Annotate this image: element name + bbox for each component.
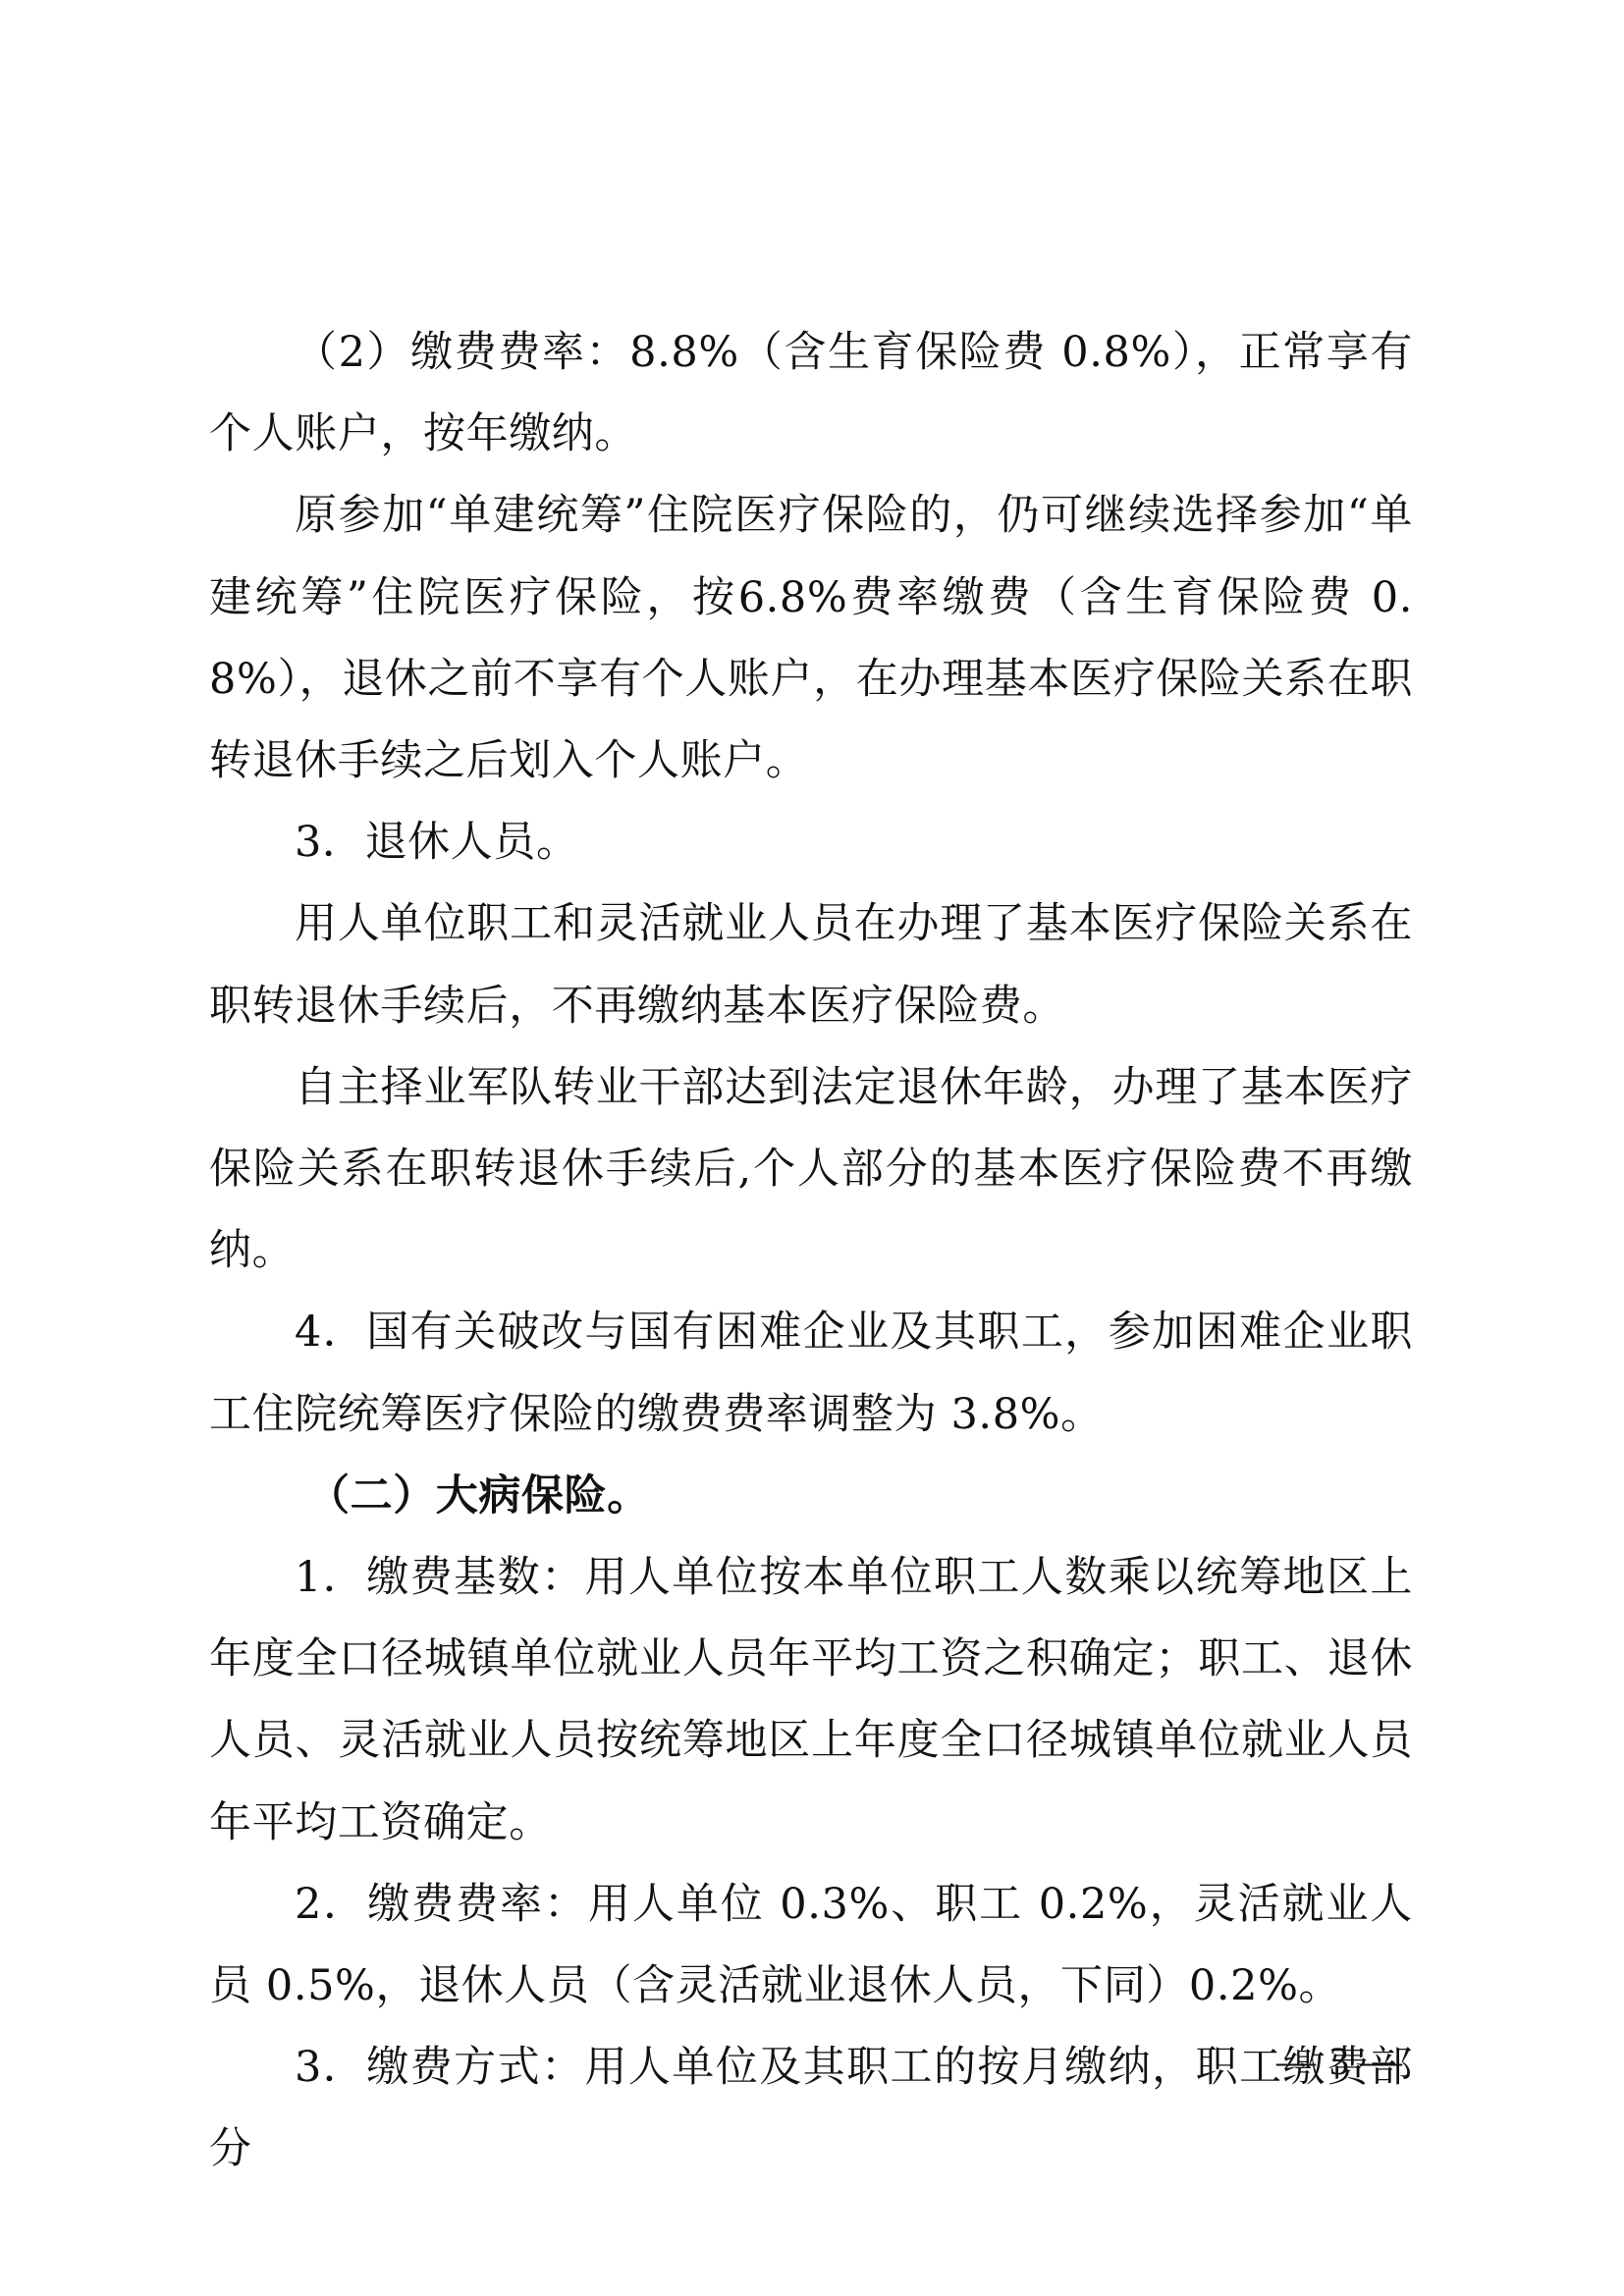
paragraph-contribution-base: 1．缴费基数：用人单位按本单位职工人数乘以统筹地区上年度全口径城镇单位就业人员年… xyxy=(209,1537,1413,1864)
paragraph-critical-illness-rates: 2．缴费费率：用人单位 0.3%、职工 0.2%，灵活就业人员 0.5%，退休人… xyxy=(209,1864,1413,2027)
paragraph-payment-method: 3．缴费方式：用人单位及其职工的按月缴纳，职工缴费部分 xyxy=(209,2027,1413,2190)
paragraph-contribution-rate: （2）缴费费率：8.8%（含生育保险费 0.8%），正常享有个人账户，按年缴纳。 xyxy=(209,312,1413,475)
section-heading-critical-illness: （二）大病保险。 xyxy=(209,1456,1413,1537)
paragraph-retirees-title: 3．退休人员。 xyxy=(209,802,1413,883)
paragraph-military-cadres: 自主择业军队转业干部达到法定退休年龄，办理了基本医疗保险关系在职转退休手续后,个… xyxy=(209,1047,1413,1293)
page-number: — 3 — xyxy=(1276,2038,1404,2084)
document-page: （2）缴费费率：8.8%（含生育保险费 0.8%），正常享有个人账户，按年缴纳。… xyxy=(209,312,1413,2191)
paragraph-retirees-body: 用人单位职工和灵活就业人员在办理了基本医疗保险关系在职转退休手续后，不再缴纳基本… xyxy=(209,883,1413,1046)
paragraph-state-enterprises: 4．国有关破改与国有困难企业及其职工，参加困难企业职工住院统筹医疗保险的缴费费率… xyxy=(209,1292,1413,1455)
paragraph-single-pooling: 原参加“单建统筹”住院医疗保险的，仍可继续选择参加“单建统筹”住院医疗保险，按6… xyxy=(209,475,1413,802)
